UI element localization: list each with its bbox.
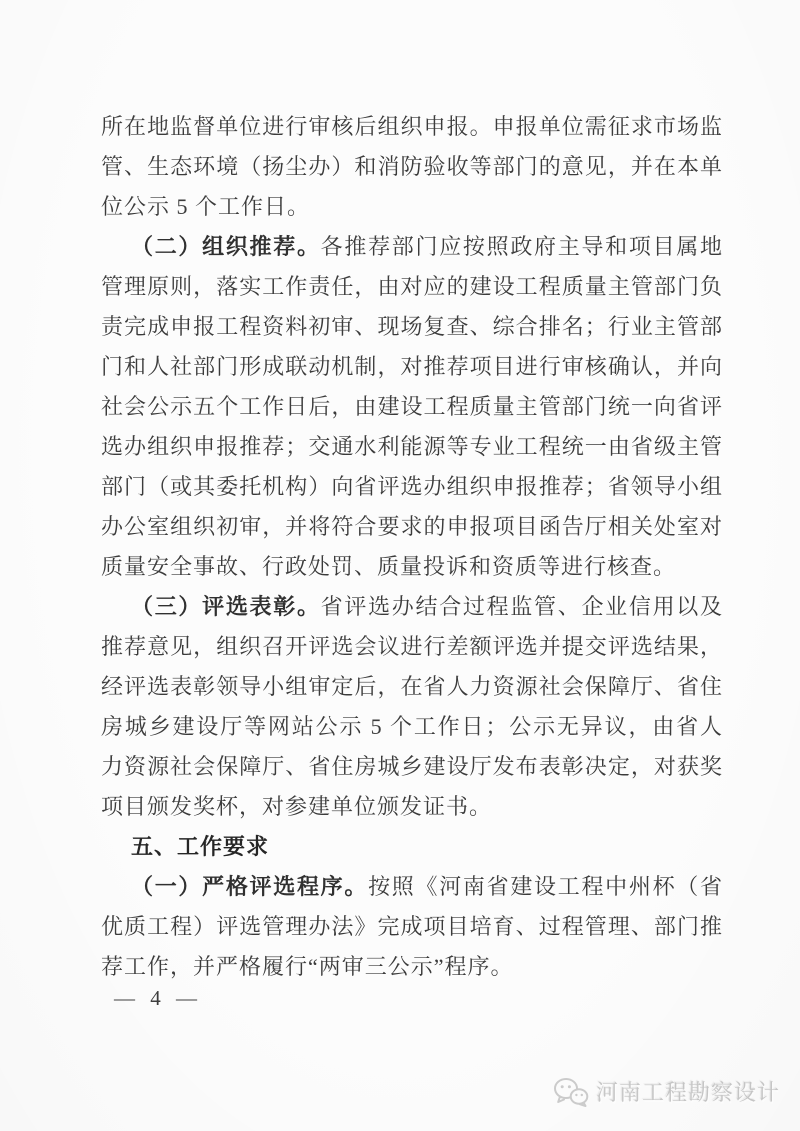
paragraph-text: 所在地监督单位进行审核后组织申报。申报单位需征求市场监管、生态环境（扬尘办）和消… bbox=[101, 114, 723, 219]
paragraph-continuation: 所在地监督单位进行审核后组织申报。申报单位需征求市场监管、生态环境（扬尘办）和消… bbox=[101, 107, 723, 227]
watermark: 河南工程勘察设计 bbox=[553, 1076, 780, 1107]
paragraph-lead-bold: （三）评选表彰。 bbox=[131, 594, 321, 619]
document-body: 所在地监督单位进行审核后组织申报。申报单位需征求市场监管、生态环境（扬尘办）和消… bbox=[101, 107, 723, 987]
paragraph-select-commend: （三）评选表彰。省评选办结合过程监管、企业信用以及推荐意见，组织召开评选会议进行… bbox=[101, 587, 723, 827]
paragraph-text: 各推荐部门应按照政府主导和项目属地管理原则，落实工作责任，由对应的建设工程质量主… bbox=[101, 234, 723, 579]
document-page: 所在地监督单位进行审核后组织申报。申报单位需征求市场监管、生态环境（扬尘办）和消… bbox=[0, 0, 800, 1131]
paragraph-lead-bold: （二）组织推荐。 bbox=[131, 234, 321, 259]
paragraph-strict-procedure: （一）严格评选程序。按照《河南省建设工程中州杯（省优质工程）评选管理办法》完成项… bbox=[101, 867, 723, 987]
paragraph-lead-bold: （一）严格评选程序。 bbox=[131, 874, 368, 899]
paragraph-organize-recommend: （二）组织推荐。各推荐部门应按照政府主导和项目属地管理原则，落实工作责任，由对应… bbox=[101, 227, 723, 587]
watermark-label: 河南工程勘察设计 bbox=[596, 1076, 780, 1107]
page-number: — 4 — bbox=[114, 986, 202, 1011]
section-heading-work-requirements: 五、工作要求 bbox=[101, 827, 723, 867]
wechat-icon bbox=[553, 1077, 589, 1107]
paragraph-text: 省评选办结合过程监管、企业信用以及推荐意见，组织召开评选会议进行差额评选并提交评… bbox=[101, 594, 723, 819]
